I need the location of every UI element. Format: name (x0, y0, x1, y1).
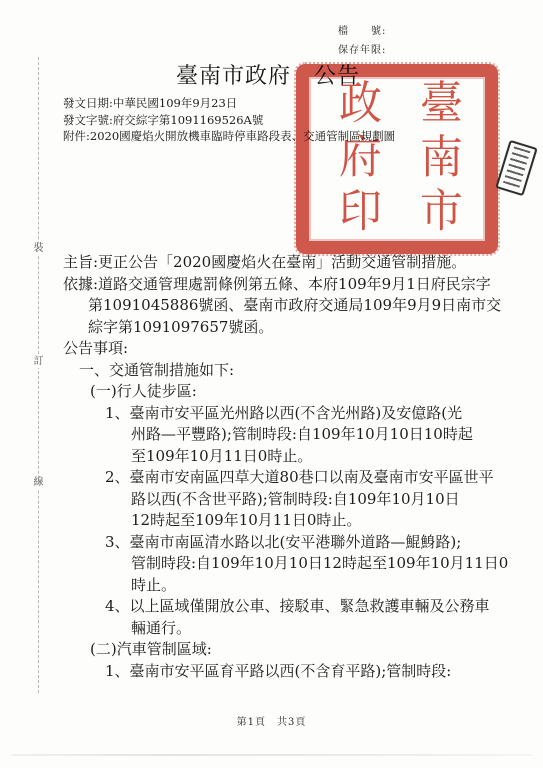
body-line-subject: 主旨:更正公告「2020國慶焰火在臺南」活動交通管制措施。 (0, 252, 543, 274)
page-number: 第1頁 共3頁 (0, 713, 543, 728)
side-stamp (495, 140, 537, 196)
body-line-basis: 依據:道路交通管理處罰條例第五條、本府109年9月1日府民宗字 (0, 274, 543, 296)
seal-right-column: 臺南市 (416, 78, 459, 240)
scanned-announcement-page: 檔 號: 保存年限: 臺南市政府 公告 發文日期:中華民國109年9月23日 發… (0, 0, 543, 768)
archive-labels: 檔 號: 保存年限: (338, 22, 386, 60)
side-stamp-text-lines (503, 146, 531, 189)
attachment-line: 附件:2020國慶焰火開放機車臨時停車路段表、交通管制區規劃圖 (63, 128, 395, 145)
body-line: 3、臺南市南區清水路以北(安平港聯外道路—鯤鯓路); (0, 532, 543, 554)
body-line: 州路—平豐路);管制時段:自109年10月10日10時起 (0, 424, 543, 446)
body-line: 4、以上區域僅開放公車、接駁車、緊急救護車輛及公務車 (0, 596, 543, 618)
body-line: 1、臺南市安平區光州路以西(不含光州路)及安億路(光 (0, 403, 543, 425)
retention-period-label: 保存年限: (338, 41, 386, 60)
body-line-item-1: 一、交通管制措施如下: (0, 360, 543, 382)
body-line: 時止。 (0, 575, 543, 597)
body-line: 綜字第1091097657號函。 (0, 317, 543, 339)
body-line: 管制時段:自109年10月10日12時起至109年10月11日0 (0, 553, 543, 575)
body-line: 路以西(不含世平路);管制時段:自109年10月10日 (0, 489, 543, 511)
body-line: 1、臺南市安平區育平路以西(不含育平路);管制時段: (0, 661, 543, 683)
issue-number-line: 發文字號:府交綜字第1091169526A號 (63, 112, 395, 129)
scan-edge-artifact (12, 754, 533, 756)
document-meta: 發文日期:中華民國109年9月23日 發文字號:府交綜字第1091169526A… (63, 95, 395, 145)
body-line: 2、臺南市安南區四草大道80巷口以南及臺南市安平區世平 (0, 467, 543, 489)
body-line: 12時起至109年10月11日0時止。 (0, 510, 543, 532)
issue-date-line: 發文日期:中華民國109年9月23日 (63, 95, 395, 112)
government-seal-stamp: 政府印 臺南市 (296, 64, 498, 254)
archive-number-label: 檔 號: (338, 22, 386, 41)
body-line: 輛通行。 (0, 618, 543, 640)
body-line-item-1-1: (一)行人徒步區: (0, 381, 543, 403)
body-line-announcement-items: 公告事項: (0, 338, 543, 360)
page-title: 臺南市政府 公告 (176, 59, 360, 90)
announcement-body: 主旨:更正公告「2020國慶焰火在臺南」活動交通管制措施。 依據:道路交通管理處… (0, 252, 543, 682)
body-line: 第1091045886號函、臺南市政府交通局109年9月9日南市交 (0, 295, 543, 317)
body-line-item-1-2: (二)汽車管制區域: (0, 639, 543, 661)
body-line: 至109年10月11日0時止。 (0, 446, 543, 468)
seal-border (296, 64, 498, 254)
